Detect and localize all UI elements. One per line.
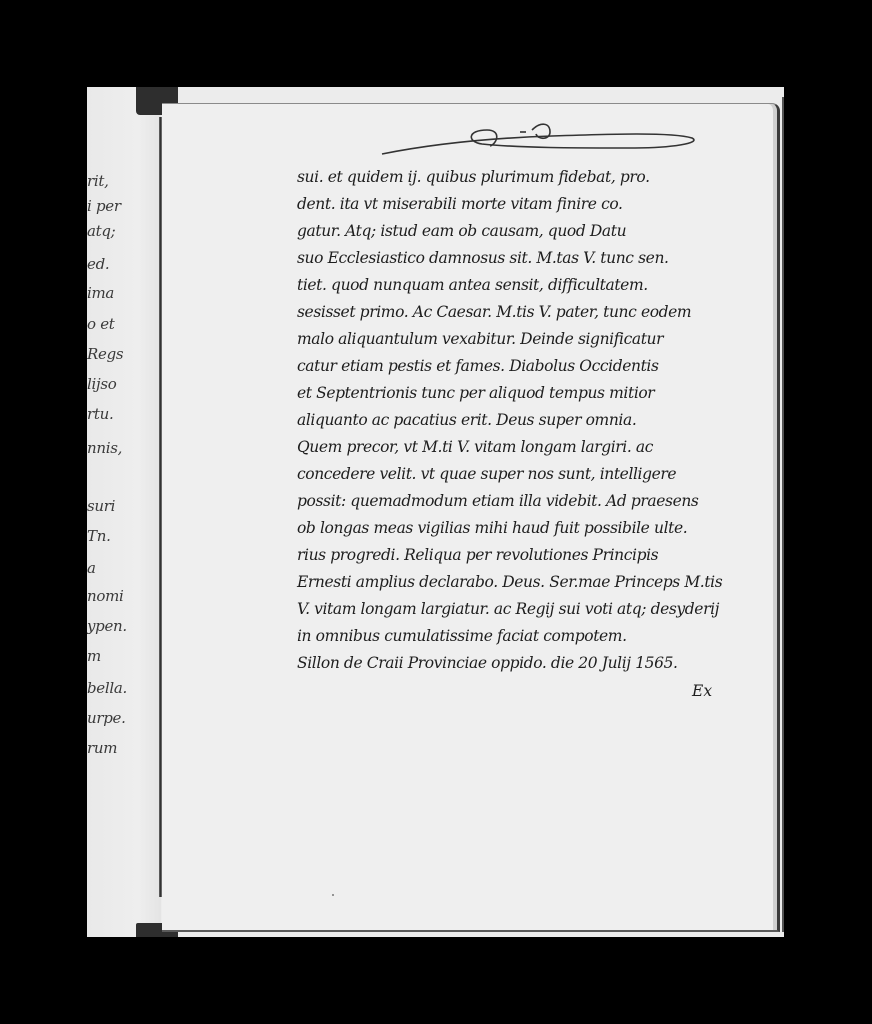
text-line: V. vitam longam largiatur. ac Regij sui … bbox=[297, 596, 777, 623]
paper-speck bbox=[332, 894, 334, 896]
left-line: nomi bbox=[87, 587, 124, 605]
left-line: o et bbox=[87, 315, 115, 333]
signoff-marker: Ex bbox=[692, 682, 712, 700]
left-line: i per bbox=[87, 197, 121, 215]
right-page: 127 sui. et quidem ij. quibus plurimum f… bbox=[162, 103, 780, 932]
left-line: a bbox=[87, 559, 96, 577]
page-edge bbox=[782, 97, 784, 932]
left-line: rum bbox=[87, 739, 117, 757]
left-page-fragment: rit, i per atq; ed. ima o et Regs lijso … bbox=[87, 87, 161, 937]
left-line: ypen. bbox=[87, 617, 127, 635]
manuscript-scan: rit, i per atq; ed. ima o et Regs lijso … bbox=[87, 87, 784, 937]
left-line: nnis, bbox=[87, 439, 122, 457]
text-line: suo Ecclesiastico damnosus sit. M.tas V.… bbox=[297, 245, 777, 272]
text-line: tiet. quod nunquam antea sensit, difficu… bbox=[297, 272, 777, 299]
text-line: possit: quemadmodum etiam illa videbit. … bbox=[297, 488, 777, 515]
left-line: atq; bbox=[87, 222, 115, 240]
left-line: bella. bbox=[87, 679, 127, 697]
text-line: concedere velit. vt quae super nos sunt,… bbox=[297, 461, 777, 488]
left-line: ima bbox=[87, 284, 114, 302]
text-line: malo aliquantulum vexabitur. Deinde sign… bbox=[297, 326, 777, 353]
text-line: aliquanto ac pacatius erit. Deus super o… bbox=[297, 407, 777, 434]
manuscript-text: sui. et quidem ij. quibus plurimum fideb… bbox=[297, 164, 777, 677]
text-line: in omnibus cumulatissime faciat compotem… bbox=[297, 623, 777, 650]
left-line: m bbox=[87, 647, 101, 665]
left-line: Regs bbox=[87, 345, 123, 363]
text-line: gatur. Atq; istud eam ob causam, quod Da… bbox=[297, 218, 777, 245]
text-line: rius progredi. Reliqua per revolutiones … bbox=[297, 542, 777, 569]
left-line: urpe. bbox=[87, 709, 126, 727]
left-line: suri bbox=[87, 497, 115, 515]
left-line: ed. bbox=[87, 255, 109, 273]
text-line: Quem precor, vt M.ti V. vitam longam lar… bbox=[297, 434, 777, 461]
left-line: rtu. bbox=[87, 405, 113, 423]
header-flourish-icon bbox=[372, 116, 712, 161]
text-line: dent. ita vt miserabili morte vitam fini… bbox=[297, 191, 777, 218]
text-line: catur etiam pestis et fames. Diabolus Oc… bbox=[297, 353, 777, 380]
left-line: lijso bbox=[87, 375, 116, 393]
left-line: Tn. bbox=[87, 527, 111, 545]
text-line: Sillon de Craii Provinciae oppido. die 2… bbox=[297, 650, 777, 677]
text-line: sui. et quidem ij. quibus plurimum fideb… bbox=[297, 164, 777, 191]
text-line: Ernesti amplius declarabo. Deus. Ser.mae… bbox=[297, 569, 777, 596]
text-line: ob longas meas vigilias mihi haud fuit p… bbox=[297, 515, 777, 542]
text-line: et Septentrionis tunc per aliquod tempus… bbox=[297, 380, 777, 407]
left-line: rit, bbox=[87, 172, 109, 190]
text-line: sesisset primo. Ac Caesar. M.tis V. pate… bbox=[297, 299, 777, 326]
